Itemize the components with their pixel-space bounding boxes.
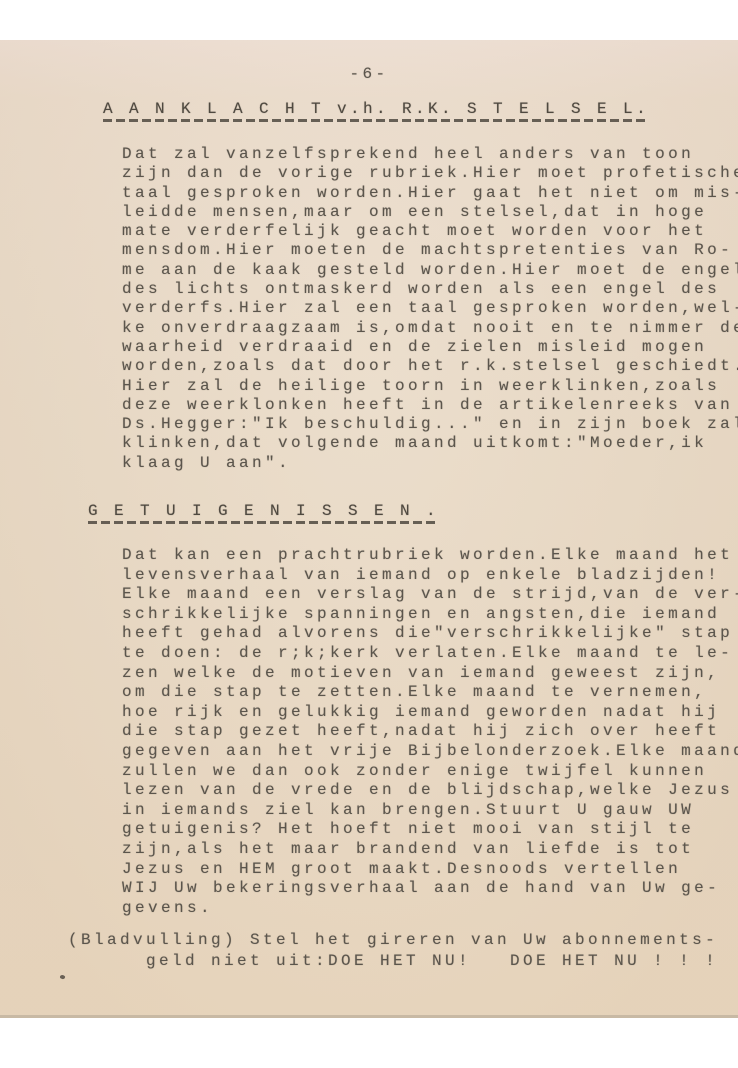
page-number: -6-: [0, 65, 738, 83]
section-body-aanklacht: Dat zal vanzelfsprekend heel anders van …: [122, 145, 738, 473]
section-heading-aanklacht: A A N K L A C H T v.h. R.K. S T E L S E …: [103, 100, 649, 122]
document-page: -6- A A N K L A C H T v.h. R.K. S T E L …: [0, 40, 738, 1018]
bladvulling-note: (Bladvulling) Stel het gireren van Uw ab…: [68, 930, 718, 971]
section-body-getuigenissen: Dat kan een prachtrubriek worden.Elke ma…: [122, 546, 738, 918]
photo-background: -6- A A N K L A C H T v.h. R.K. S T E L …: [0, 0, 738, 1068]
ink-speck: [59, 974, 65, 980]
section-heading-getuigenissen: G E T U I G E N I S S E N .: [88, 502, 439, 524]
